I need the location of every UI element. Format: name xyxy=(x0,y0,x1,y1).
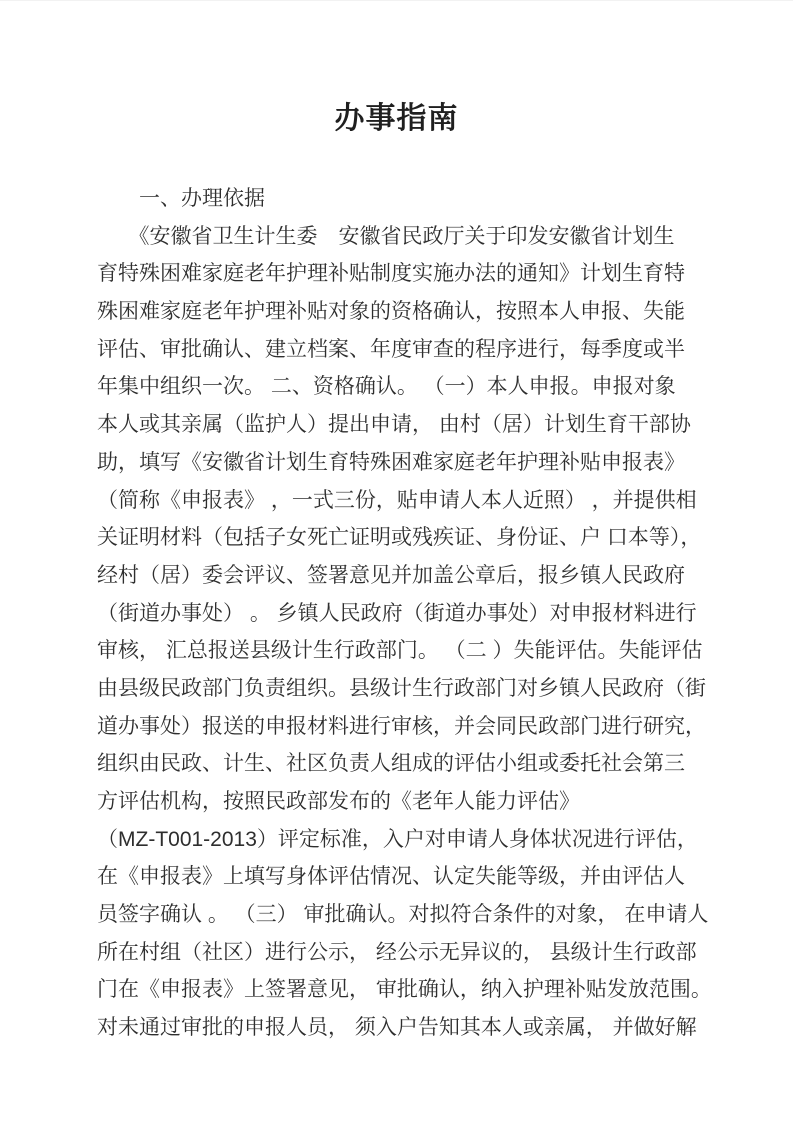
section-heading: 一、办理依据 xyxy=(97,180,703,218)
text-line: 道办事处）报送的申报材料进行审核，并会同民政部门进行研究， xyxy=(97,708,703,746)
text-line: 《安徽省卫生计生委 安徽省民政厅关于印发安徽省计划生 xyxy=(97,218,703,256)
text-line: 评估、审批确认、建立档案、年度审查的程序进行，每季度或半 xyxy=(97,331,703,369)
text-line: 殊困难家庭老年护理补贴对象的资格确认，按照本人申报、失能 xyxy=(97,293,703,331)
text-line: 所在村组（社区）进行公示， 经公示无异议的， 县级计生行政部 xyxy=(97,934,703,972)
text-line: 由县级民政部门负责组织。县级计生行政部门对乡镇人民政府（街 xyxy=(97,670,703,708)
text-line: （简称《申报表》 ，一式三份，贴申请人本人近照） ，并提供相 xyxy=(97,482,703,520)
text-line: 在《申报表》上填写身体评估情况、认定失能等级，并由评估人 xyxy=(97,858,703,896)
text-line: 对未通过审批的申报人员， 须入户告知其本人或亲属， 并做好解 xyxy=(97,1009,703,1047)
text-line: （街道办事处） 。 乡镇人民政府（街道办事处）对申报材料进行 xyxy=(97,595,703,633)
document-lines: 《安徽省卫生计生委 安徽省民政厅关于印发安徽省计划生育特殊困难家庭老年护理补贴制… xyxy=(97,218,703,1047)
text-line: 员签字确认 。 （三） 审批确认。对拟符合条件的对象， 在申请人 xyxy=(97,896,703,934)
text-line: 本人或其亲属（监护人）提出申请， 由村（居）计划生育干部协 xyxy=(97,406,703,444)
text-line: （MZ-T001-2013）评定标准，入户对申请人身体状况进行评估， xyxy=(97,821,703,859)
text-line: 门在《申报表》上签署意见， 审批确认，纳入护理补贴发放范围。 xyxy=(97,971,703,1009)
text-line: 年集中组织一次。 二、资格确认。 （一）本人申报。申报对象 xyxy=(97,368,703,406)
document-body: 一、办理依据 《安徽省卫生计生委 安徽省民政厅关于印发安徽省计划生育特殊困难家庭… xyxy=(97,180,703,1047)
text-line: 关证明材料（包括子女死亡证明或残疾证、身份证、户 口本等）， xyxy=(97,519,703,557)
text-line: 育特殊困难家庭老年护理补贴制度实施办法的通知》计划生育特 xyxy=(97,255,703,293)
text-line: 经村（居）委会评议、签署意见并加盖公章后，报乡镇人民政府 xyxy=(97,557,703,595)
text-line: 组织由民政、计生、社区负责人组成的评估小组或委托社会第三 xyxy=(97,745,703,783)
text-line: 审核， 汇总报送县级计生行政部门。 （二 ）失能评估。失能评估 xyxy=(97,632,703,670)
document-page: 办事指南 一、办理依据 《安徽省卫生计生委 安徽省民政厅关于印发安徽省计划生育特… xyxy=(0,0,793,1122)
text-line: 方评估机构，按照民政部发布的《老年人能力评估》 xyxy=(97,783,703,821)
text-line: 助，填写《安徽省计划生育特殊困难家庭老年护理补贴申报表》 xyxy=(97,444,703,482)
document-title: 办事指南 xyxy=(0,96,793,141)
